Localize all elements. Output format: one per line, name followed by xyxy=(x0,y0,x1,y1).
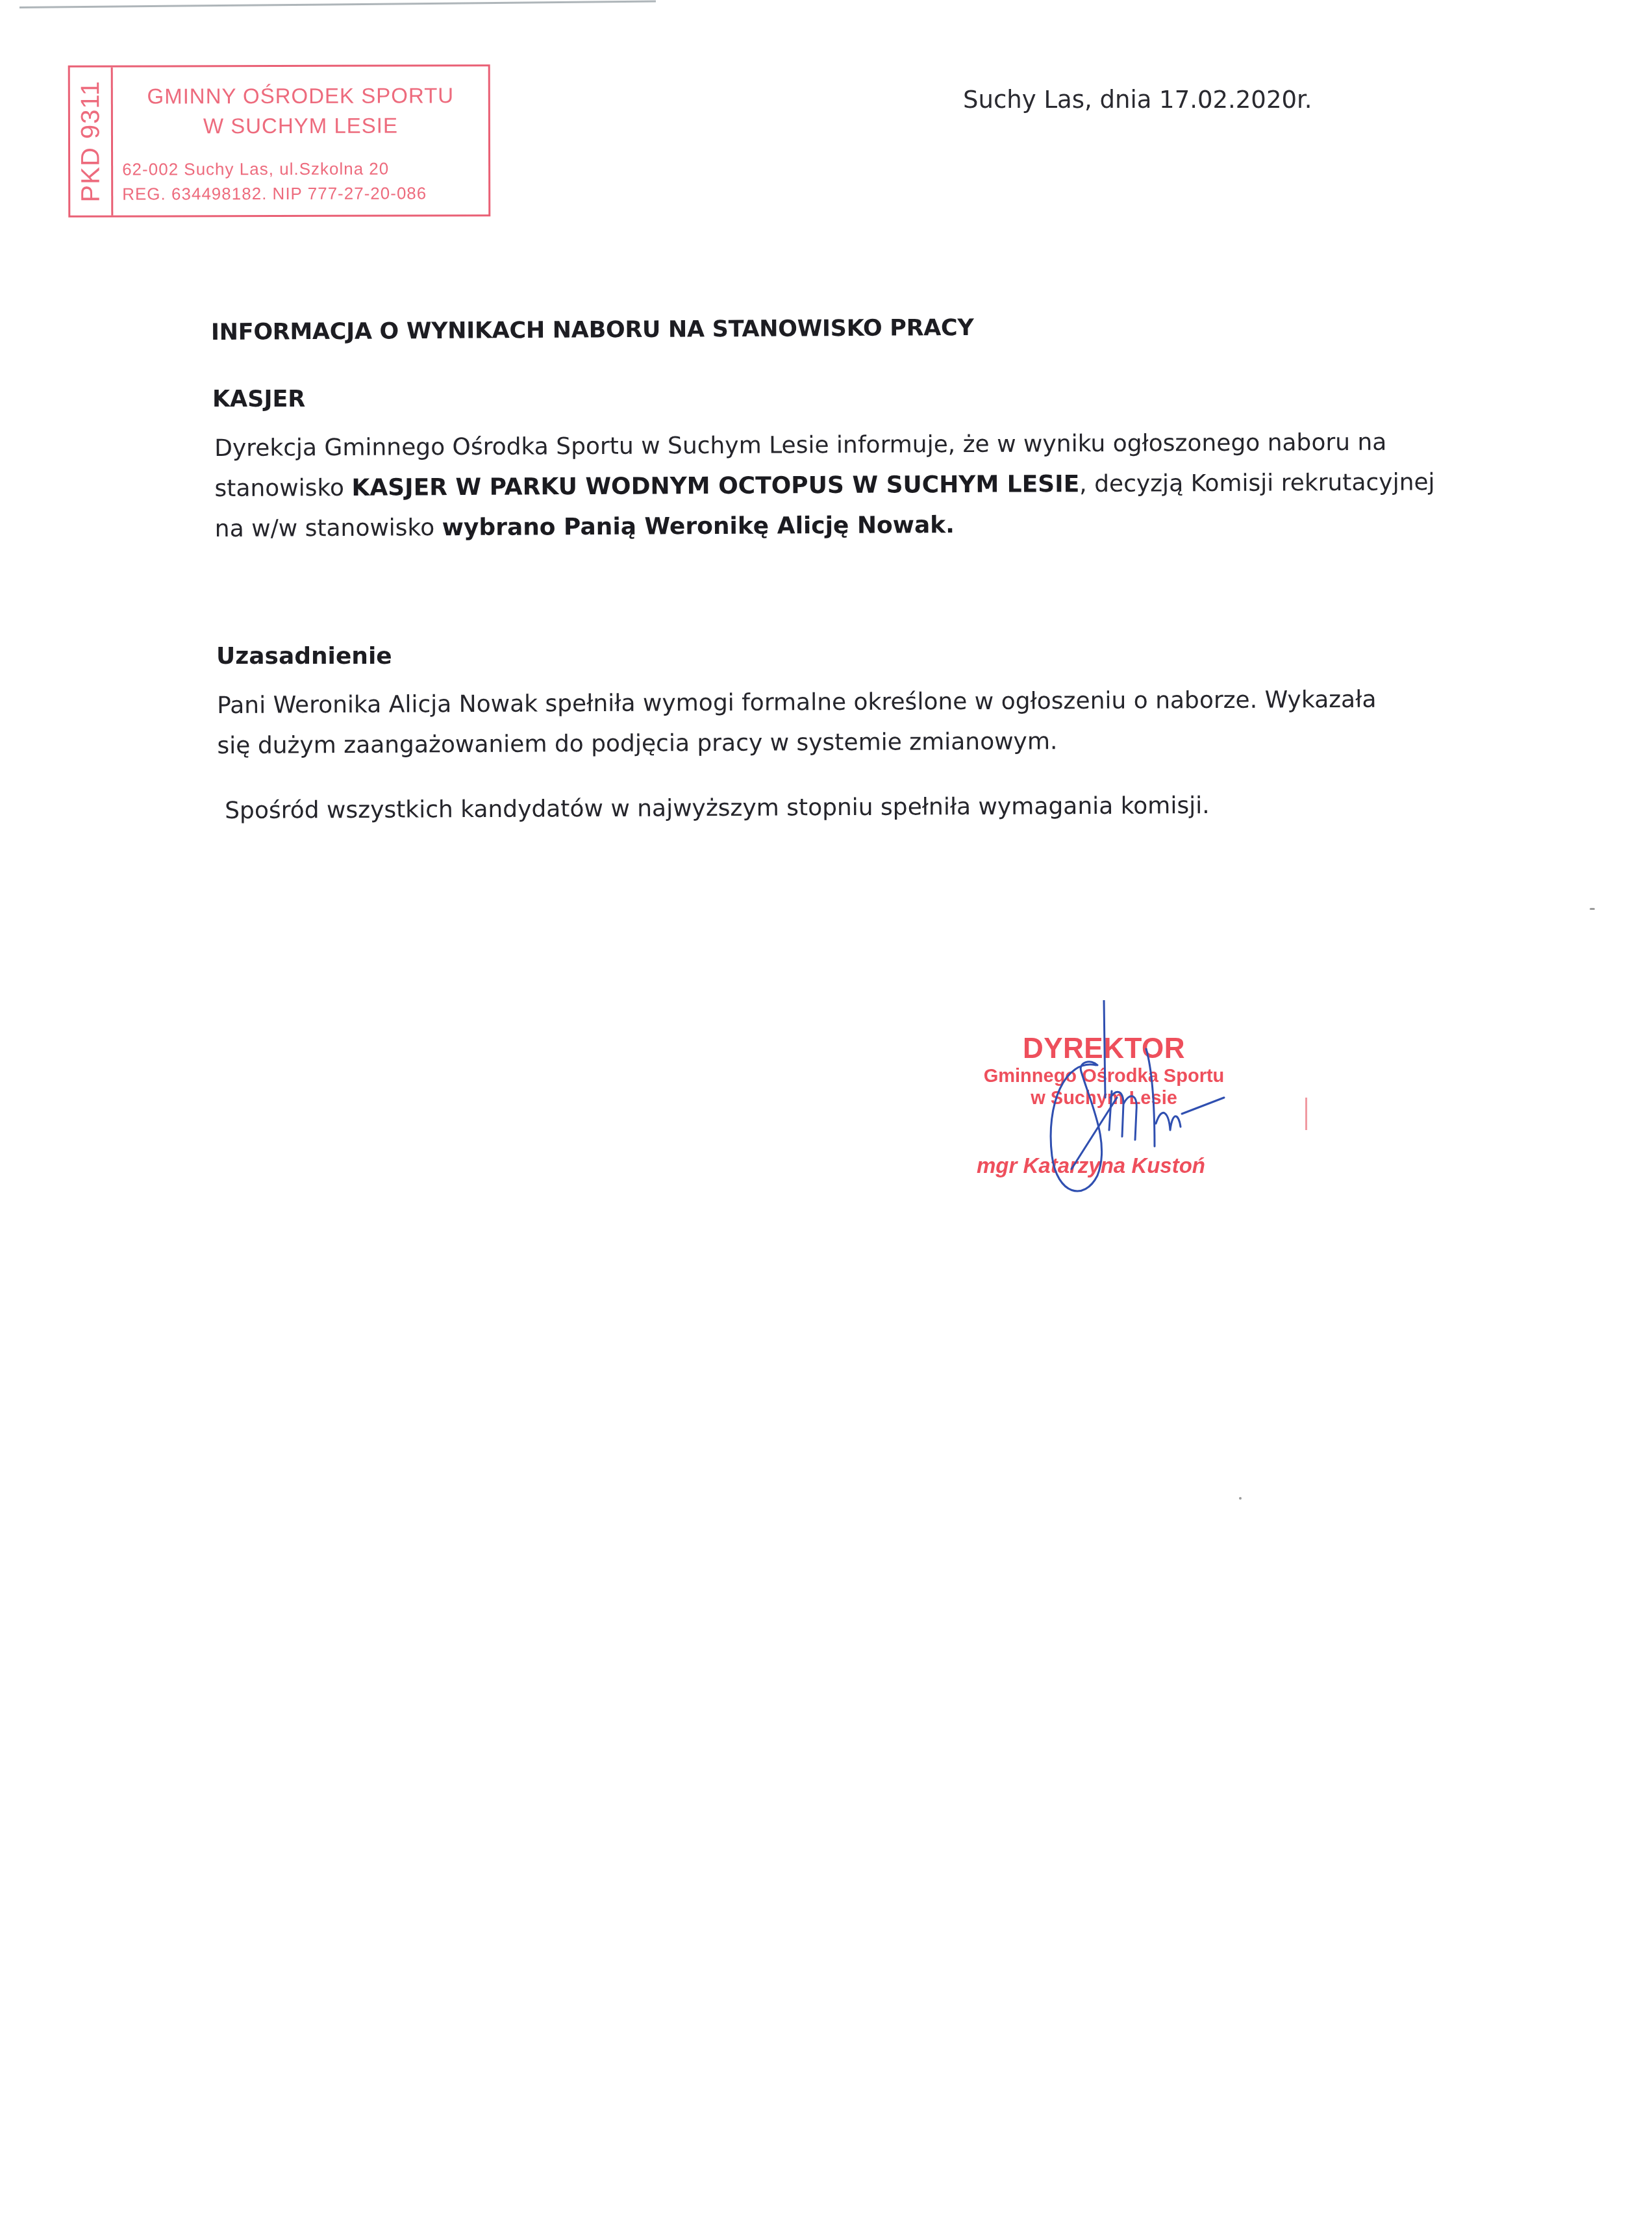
scan-speck xyxy=(1590,908,1595,910)
stamp-side-panel: PKD 9311 xyxy=(70,68,114,216)
announcement-line-1: Dyrekcja Gminnego Ośrodka Sportu w Suchy… xyxy=(214,422,1434,469)
stamp-registry: REG. 634498182. NIP 777-27-20-086 xyxy=(122,183,427,204)
line3-prefix: na w/w stanowisko xyxy=(215,514,442,542)
announcement-paragraph: Dyrekcja Gminnego Ośrodka Sportu w Suchy… xyxy=(214,422,1435,549)
stamp-org-name-line1: GMINNY OŚRODEK SPORTU xyxy=(113,83,488,109)
place-and-date: Suchy Las, dnia 17.02.2020r. xyxy=(963,86,1312,114)
line2-suffix: , decyzją Komisji rekrutacyjnej xyxy=(1079,469,1435,497)
justification-line-2: się dużym zaangażowaniem do podjęcia pra… xyxy=(217,720,1377,766)
justification-line-1: Pani Weronika Alicja Nowak spełniła wymo… xyxy=(217,680,1377,726)
stamp-address: 62-002 Suchy Las, ul.Szkolna 20 xyxy=(122,159,389,180)
stamp-pkd-code: PKD 9311 xyxy=(76,81,105,202)
position-title: KASJER xyxy=(212,386,305,412)
justification-paragraph: Pani Weronika Alicja Nowak spełniła wymo… xyxy=(217,680,1377,766)
organization-stamp: PKD 9311 GMINNY OŚRODEK SPORTU W SUCHYM … xyxy=(68,64,491,218)
document-title: INFORMACJA O WYNIKACH NABORU NA STANOWIS… xyxy=(211,315,974,346)
scan-speck xyxy=(1239,1497,1242,1500)
stamp-org-name-line2: W SUCHYM LESIE xyxy=(113,113,488,139)
selected-candidate: wybrano Panią Weronikę Alicję Nowak. xyxy=(442,512,955,541)
line2-prefix: stanowisko xyxy=(214,475,351,502)
margin-mark xyxy=(1305,1098,1307,1130)
scan-edge-line xyxy=(19,1,656,18)
announcement-line-2: stanowisko KASJER W PARKU WODNYM OCTOPUS… xyxy=(214,462,1434,509)
announcement-line-3: na w/w stanowisko wybrano Panią Weronikę… xyxy=(215,503,1435,549)
conclusion-paragraph: Spośród wszystkich kandydatów w najwyższ… xyxy=(225,786,1210,831)
position-full-name: KASJER W PARKU WODNYM OCTOPUS W SUCHYM L… xyxy=(351,471,1079,501)
justification-heading: Uzasadnienie xyxy=(216,643,392,670)
handwritten-signature-icon xyxy=(1026,1000,1273,1208)
